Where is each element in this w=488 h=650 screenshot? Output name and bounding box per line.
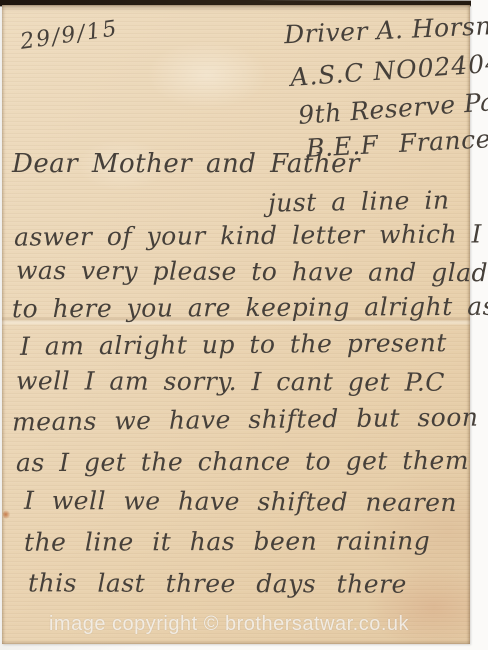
body-line: as I get the chance to get them [16,446,469,477]
body-line: the line it has been raining [24,526,430,556]
body-line: well I am sorry. I cant get P.C [16,366,445,396]
sender-park-line: 9th Reserve Park [297,85,488,130]
sender-name-line: Driver A. Horsnde [283,10,488,49]
body-line: aswer of your kind letter which I [14,219,482,251]
body-line: this last three days there [28,568,407,598]
letter-date: 29/9/15 [19,16,120,55]
body-line: was very please to have and glad [16,256,488,287]
body-line: I am alright up to the present [20,328,447,361]
rust-spot [3,510,10,519]
body-line: just a line in [268,185,450,217]
body-line: to here you are keeping alright as [12,292,488,324]
body-line: means we have shifted but soon [12,403,479,437]
body-line: I well we have shifted nearen [24,486,457,517]
sender-unit-line: A.S.C NO024042 [289,47,488,92]
letter-paper: 29/9/15 Driver A. Horsnde A.S.C NO024042… [2,5,470,644]
salutation: Dear Mother and Father [12,149,360,179]
copyright-watermark: image copyright © brothersatwar.co.uk [2,613,456,636]
letter-photo: 29/9/15 Driver A. Horsnde A.S.C NO024042… [0,0,488,650]
